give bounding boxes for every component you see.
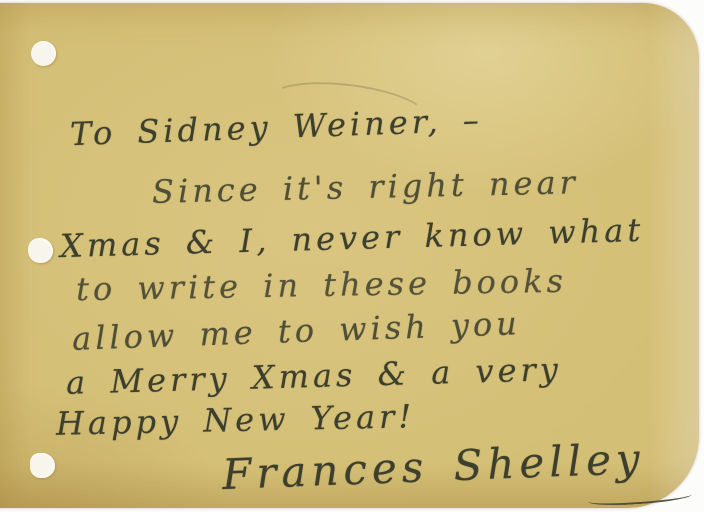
album-page — [0, 3, 699, 508]
punch-hole-bottom — [30, 453, 55, 478]
punch-hole-middle — [28, 238, 53, 263]
scan-backdrop: To Sidney Weiner, – Since it's right nea… — [0, 0, 704, 512]
punch-hole-top — [31, 41, 56, 66]
